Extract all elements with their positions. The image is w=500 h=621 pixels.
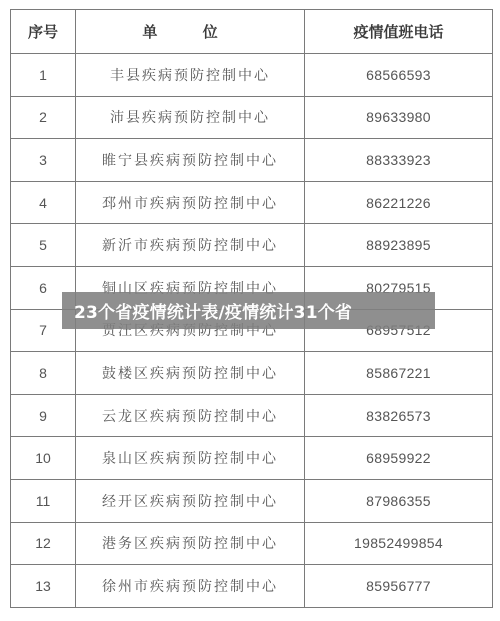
row-number: 5 <box>11 224 76 267</box>
table-row: 2 沛县疾病预防控制中心 89633980 <box>11 96 493 139</box>
table-row: 5 新沂市疾病预防控制中心 88923895 <box>11 224 493 267</box>
row-number: 11 <box>11 479 76 522</box>
table-row: 12 港务区疾病预防控制中心 19852499854 <box>11 522 493 565</box>
row-unit: 邳州市疾病预防控制中心 <box>76 181 305 224</box>
row-number: 4 <box>11 181 76 224</box>
row-number: 8 <box>11 352 76 395</box>
table-row: 13 徐州市疾病预防控制中心 85956777 <box>11 565 493 608</box>
table-row: 3 睢宁县疾病预防控制中心 88333923 <box>11 139 493 182</box>
row-unit: 鼓楼区疾病预防控制中心 <box>76 352 305 395</box>
row-number: 2 <box>11 96 76 139</box>
row-number: 3 <box>11 139 76 182</box>
row-unit: 徐州市疾病预防控制中心 <box>76 565 305 608</box>
row-phone: 68959922 <box>305 437 493 480</box>
row-unit: 沛县疾病预防控制中心 <box>76 96 305 139</box>
row-number: 12 <box>11 522 76 565</box>
row-number: 1 <box>11 54 76 97</box>
row-unit: 新沂市疾病预防控制中心 <box>76 224 305 267</box>
row-unit: 泉山区疾病预防控制中心 <box>76 437 305 480</box>
row-number: 9 <box>11 394 76 437</box>
overlay-title: 23个省疫情统计表/疫情统计31个省 <box>74 298 352 323</box>
row-phone: 88333923 <box>305 139 493 182</box>
row-unit: 经开区疾病预防控制中心 <box>76 479 305 522</box>
row-unit: 云龙区疾病预防控制中心 <box>76 394 305 437</box>
row-unit: 睢宁县疾病预防控制中心 <box>76 139 305 182</box>
table-row: 1 丰县疾病预防控制中心 68566593 <box>11 54 493 97</box>
header-serial-number: 序号 <box>11 10 76 54</box>
row-phone: 83826573 <box>305 394 493 437</box>
row-phone: 87986355 <box>305 479 493 522</box>
row-phone: 85867221 <box>305 352 493 395</box>
header-hotline: 疫情值班电话 <box>305 10 493 54</box>
row-number: 10 <box>11 437 76 480</box>
row-phone: 89633980 <box>305 96 493 139</box>
table-row: 11 经开区疾病预防控制中心 87986355 <box>11 479 493 522</box>
title-overlay-banner: 23个省疫情统计表/疫情统计31个省 <box>62 292 435 329</box>
table-row: 10 泉山区疾病预防控制中心 68959922 <box>11 437 493 480</box>
row-unit: 港务区疾病预防控制中心 <box>76 522 305 565</box>
table-header-row: 序号 单 位 疫情值班电话 <box>11 10 493 54</box>
table-row: 8 鼓楼区疾病预防控制中心 85867221 <box>11 352 493 395</box>
row-phone: 85956777 <box>305 565 493 608</box>
row-phone: 88923895 <box>305 224 493 267</box>
row-phone: 86221226 <box>305 181 493 224</box>
row-phone: 68566593 <box>305 54 493 97</box>
row-phone: 19852499854 <box>305 522 493 565</box>
table-row: 4 邳州市疾病预防控制中心 86221226 <box>11 181 493 224</box>
header-unit: 单 位 <box>76 10 305 54</box>
row-number: 13 <box>11 565 76 608</box>
table-row: 9 云龙区疾病预防控制中心 83826573 <box>11 394 493 437</box>
table-body: 1 丰县疾病预防控制中心 68566593 2 沛县疾病预防控制中心 89633… <box>11 54 493 608</box>
row-unit: 丰县疾病预防控制中心 <box>76 54 305 97</box>
